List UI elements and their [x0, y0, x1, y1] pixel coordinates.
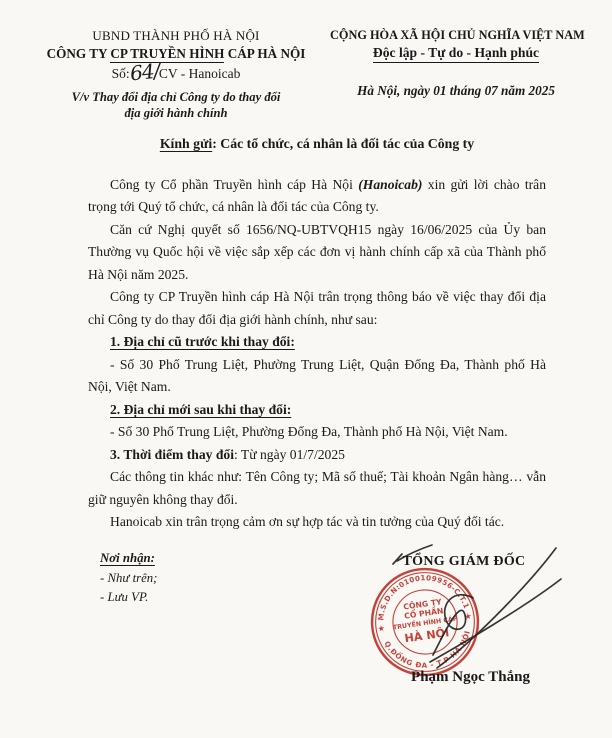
paragraph-thanks: Hanoicab xin trân trọng cảm ơn sự hợp tá… — [88, 511, 546, 534]
heading-new-address-text: 2. Địa chỉ mới sau khi thay đổi: — [110, 402, 291, 417]
salutation-line: Kính gửi: Các tổ chức, cá nhân là đối tá… — [88, 133, 546, 156]
place-date-line: Hà Nội, ngày 01 tháng 07 năm 2025 — [330, 83, 582, 100]
recipient-item: - Như trên; — [100, 569, 157, 589]
subject-line: V/v Thay đổi địa chỉ Công ty do thay đổi… — [28, 89, 324, 122]
scanned-letter-page: UBND THÀNH PHỐ HÀ NỘI CÔNG TY CP TRUYỀN … — [0, 0, 612, 738]
national-motto-text: Độc lập - Tự do - Hạnh phúc — [373, 45, 539, 63]
salutation-label: Kính gửi — [160, 136, 212, 151]
handwritten-signature — [355, 535, 570, 680]
company-name-underlined: CP TRUYỀN HÌNH — [110, 46, 224, 63]
paragraph-announcement: Công ty CP Truyền hình cáp Hà Nội trân t… — [88, 286, 546, 331]
heading-effective-date: 3. Thời điểm thay đổi: Từ ngày 01/7/2025 — [88, 444, 546, 467]
paragraph-greeting: Công ty Cổ phần Truyền hình cáp Hà Nội (… — [88, 174, 546, 219]
subject-line-2: địa giới hành chính — [28, 105, 324, 121]
doc-number-prefix: Số: — [112, 66, 130, 81]
salutation-text: : Các tổ chức, cá nhân là đối tác của Cô… — [212, 136, 474, 151]
signature-long-stroke-1 — [430, 579, 561, 662]
letter-body: Kính gửi: Các tổ chức, cá nhân là đối tá… — [88, 133, 546, 534]
new-address-item: - Số 30 Phố Trung Liệt, Phường Đống Đa, … — [88, 421, 546, 444]
subject-line-1: V/v Thay đổi địa chỉ Công ty do thay đổi — [28, 89, 324, 105]
paragraph-legal-basis: Căn cứ Nghị quyết số 1656/NQ-UBTVQH15 ng… — [88, 219, 546, 287]
signature-tick-stroke — [397, 545, 432, 561]
signature-long-stroke-2 — [437, 548, 556, 668]
effective-date-value: : Từ ngày 01/7/2025 — [234, 447, 345, 462]
heading-effective-date-bold: 3. Thời điểm thay đổi — [110, 447, 234, 462]
company-name: CÔNG TY CP TRUYỀN HÌNH CÁP HÀ NỘI — [28, 46, 324, 63]
recipients-label: Nơi nhận: — [100, 549, 157, 569]
greeting-brandname: (Hanoicab) — [358, 177, 422, 192]
national-title: CỘNG HÒA XÃ HỘI CHỦ NGHĨA VIỆT NAM — [330, 28, 582, 43]
heading-new-address: 2. Địa chỉ mới sau khi thay đổi: — [88, 399, 546, 422]
signer-name: Phạm Ngọc Thắng — [398, 669, 543, 686]
company-name-post: CÁP HÀ NỘI — [224, 46, 305, 61]
heading-old-address-text: 1. Địa chỉ cũ trước khi thay đổi: — [110, 334, 295, 349]
national-motto: Độc lập - Tự do - Hạnh phúc — [330, 45, 582, 62]
greeting-pre: Công ty Cổ phần Truyền hình cáp Hà Nội — [110, 177, 358, 192]
paragraph-unchanged-info: Các thông tin khác như: Tên Công ty; Mã … — [88, 466, 546, 511]
heading-old-address: 1. Địa chỉ cũ trước khi thay đổi: — [88, 331, 546, 354]
company-name-pre: CÔNG TY — [47, 46, 111, 61]
signature-loop-stroke — [433, 595, 473, 655]
header-issuer-block: UBND THÀNH PHỐ HÀ NỘI CÔNG TY CP TRUYỀN … — [28, 28, 324, 121]
handwritten-doc-number: 64/ — [129, 65, 159, 78]
parent-org-name: UBND THÀNH PHỐ HÀ NỘI — [28, 28, 324, 44]
recipients-block: Nơi nhận: - Như trên; - Lưu VP. — [100, 549, 157, 608]
recipient-item: - Lưu VP. — [100, 588, 157, 608]
header-national-block: CỘNG HÒA XÃ HỘI CHỦ NGHĨA VIỆT NAM Độc l… — [330, 28, 582, 100]
document-number-line: Số:64/CV - Hanoicab — [28, 66, 324, 83]
doc-number-suffix: CV - Hanoicab — [159, 66, 240, 81]
old-address-item: - Số 30 Phố Trung Liệt, Phường Trung Liệ… — [88, 354, 546, 399]
